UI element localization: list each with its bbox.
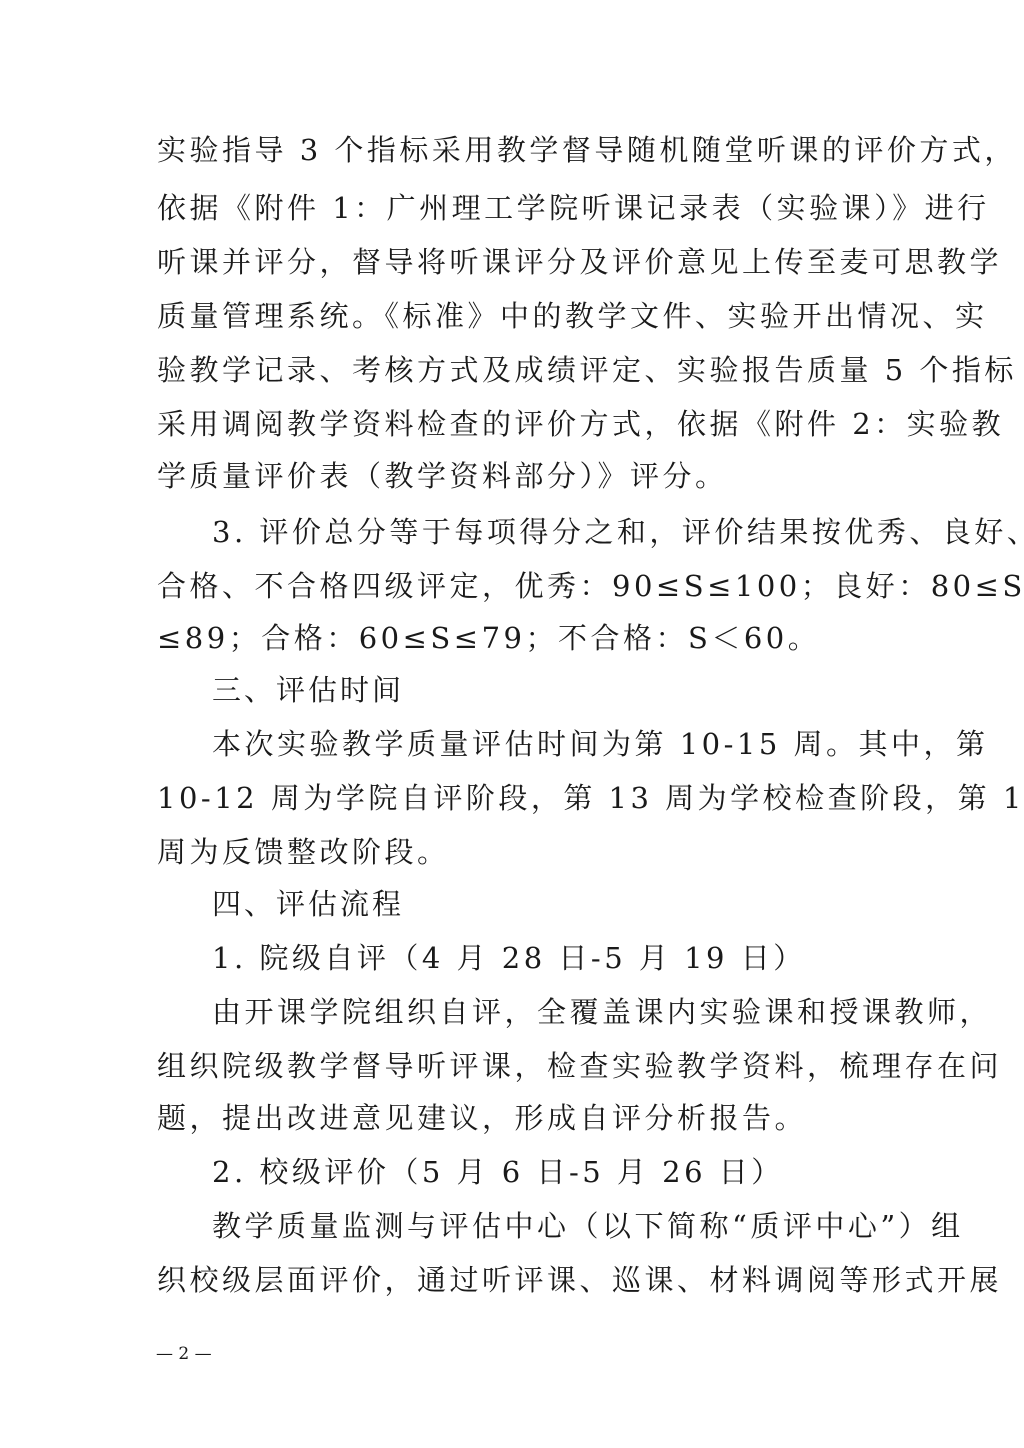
text-line: 验教学记录、考核方式及成绩评定、实验报告质量 5 个指标 (157, 352, 872, 388)
text-line: 1. 院级自评（4 月 28 日-5 月 19 日） (212, 940, 872, 976)
text-line: 3. 评价总分等于每项得分之和，评价结果按优秀、良好、 (212, 514, 872, 550)
page-number: — 2 — (156, 1344, 212, 1364)
document-page: 实验指导 3 个指标采用教学督导随机随堂听课的评价方式，依据《附件 1：广州理工… (0, 0, 1024, 1448)
text-line: 教学质量监测与评估中心（以下简称“质评中心”）组 (212, 1208, 872, 1244)
section-heading-evaluation-time: 三、评估时间 (212, 672, 404, 708)
text-line: 本次实验教学质量评估时间为第 10-15 周。其中，第 (212, 726, 872, 762)
text-line: 织校级层面评价，通过听评课、巡课、材料调阅等形式开展 (157, 1262, 872, 1298)
text-line: 周为反馈整改阶段。 (157, 834, 872, 870)
text-line: 合格、不合格四级评定，优秀：90≤S≤100；良好：80≤S (157, 568, 872, 604)
text-line: 采用调阅教学资料检查的评价方式，依据《附件 2：实验教 (157, 406, 872, 442)
text-line: 实验指导 3 个指标采用教学督导随机随堂听课的评价方式， (157, 132, 872, 168)
text-line: 10-12 周为学院自评阶段，第 13 周为学校检查阶段，第 14-15 (157, 780, 872, 816)
text-line: 题，提出改进意见建议，形成自评分析报告。 (157, 1100, 872, 1136)
text-line: ≤89；合格：60≤S≤79；不合格：S＜60。 (157, 620, 872, 656)
text-line: 由开课学院组织自评，全覆盖课内实验课和授课教师， (212, 994, 872, 1030)
text-line: 学质量评价表（教学资料部分）》评分。 (157, 458, 872, 494)
text-line: 听课并评分，督导将听课评分及评价意见上传至麦可思教学 (157, 244, 872, 280)
section-heading-evaluation-process: 四、评估流程 (212, 886, 404, 922)
text-line: 2. 校级评价（5 月 6 日-5 月 26 日） (212, 1154, 872, 1190)
text-line: 质量管理系统。《标准》中的教学文件、实验开出情况、实 (157, 298, 872, 334)
text-line: 依据《附件 1：广州理工学院听课记录表（实验课）》进行 (157, 190, 872, 226)
text-line: 组织院级教学督导听评课，检查实验教学资料，梳理存在问 (157, 1048, 872, 1084)
